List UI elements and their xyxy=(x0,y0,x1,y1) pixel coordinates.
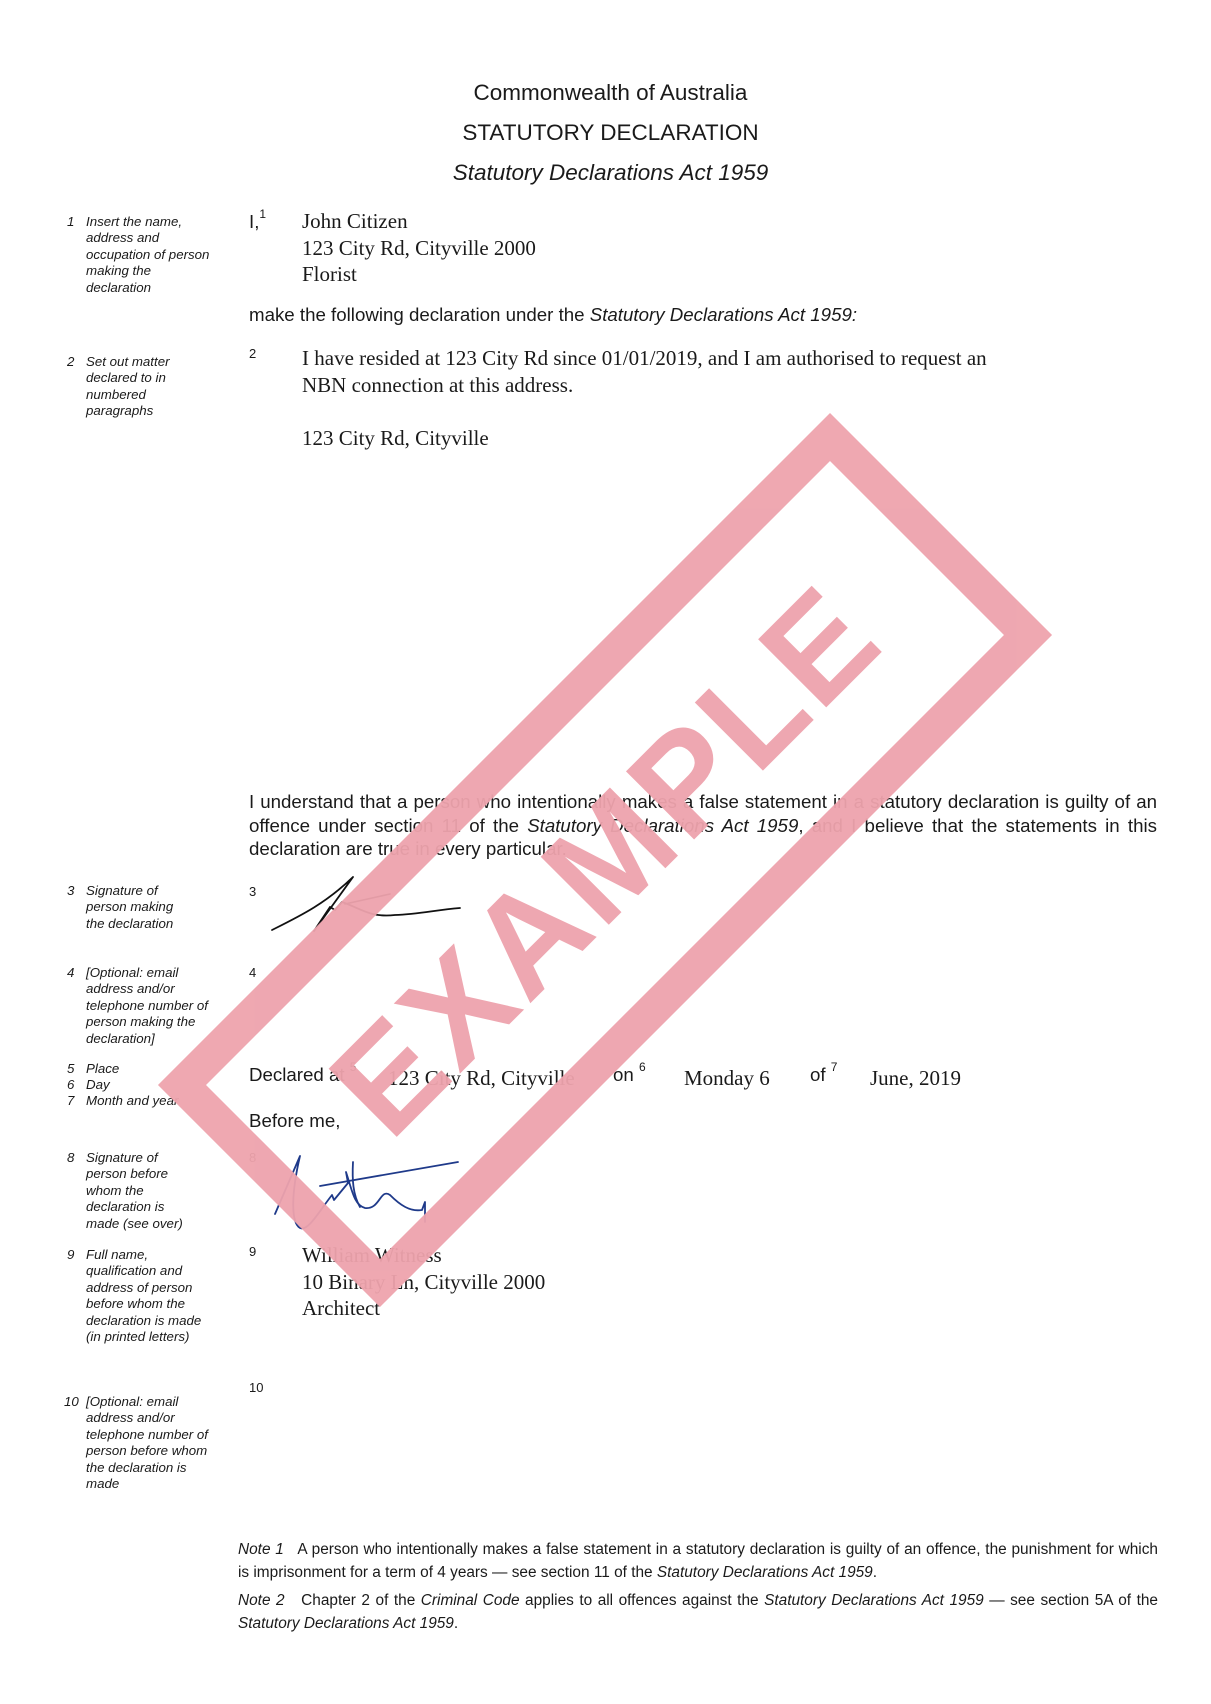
margin-note-6: Day xyxy=(86,1077,211,1093)
witness-contact-footnote: 10 xyxy=(249,1380,263,1395)
margin-note-5-number: 5 xyxy=(67,1061,74,1076)
margin-note-4-number: 4 xyxy=(67,965,74,980)
declared-address: 123 City Rd, Cityville xyxy=(302,425,489,452)
witness-details: William Witness 10 Binary Ln, Cityville … xyxy=(302,1242,545,1322)
paragraph-footnote: 2 xyxy=(249,346,256,361)
contact-footnote: 4 xyxy=(249,965,256,980)
declared-matter: I have resided at 123 City Rd since 01/0… xyxy=(302,345,987,398)
margin-note-2: Set out matter declared to in numbered p… xyxy=(86,354,196,420)
note-1: Note 1 A person who intentionally makes … xyxy=(238,1538,1158,1584)
act-title: Statutory Declarations Act 1959 xyxy=(0,160,1211,186)
margin-note-9-number: 9 xyxy=(67,1247,74,1262)
margin-note-3: Signature of person making the declarati… xyxy=(86,883,186,932)
declarant-signature xyxy=(270,874,470,944)
witness-qualification: Architect xyxy=(302,1295,545,1322)
margin-note-6-number: 6 xyxy=(67,1077,74,1092)
margin-note-4: [Optional: email address and/or telephon… xyxy=(86,965,211,1047)
margin-note-8-number: 8 xyxy=(67,1150,74,1165)
witness-signature xyxy=(270,1150,470,1235)
document-title: STATUTORY DECLARATION xyxy=(0,120,1211,146)
witness-name: William Witness xyxy=(302,1242,545,1269)
declarant-address: 123 City Rd, Cityville 2000 xyxy=(302,235,536,262)
margin-note-1: Insert the name, address and occupation … xyxy=(86,214,211,296)
declarant-name: John Citizen xyxy=(302,208,536,235)
witness-name-footnote: 9 xyxy=(249,1244,256,1259)
declared-place: 123 City Rd, Cityville xyxy=(388,1065,575,1092)
declarant-intro: I,1 xyxy=(249,211,266,233)
margin-note-10: [Optional: email address and/or telephon… xyxy=(86,1394,211,1492)
declared-month-year: June, 2019 xyxy=(870,1065,961,1092)
witness-signature-footnote: 8 xyxy=(249,1150,256,1165)
header-line1: Commonwealth of Australia xyxy=(0,80,1211,106)
margin-note-10-number: 10 xyxy=(64,1394,79,1409)
margin-note-3-number: 3 xyxy=(67,883,74,898)
signature-footnote: 3 xyxy=(249,884,256,899)
margin-note-2-number: 2 xyxy=(67,354,74,369)
declarant-details: John Citizen 123 City Rd, Cityville 2000… xyxy=(302,208,536,288)
of-label: of 7 xyxy=(810,1064,837,1086)
margin-note-9: Full name, qualification and address of … xyxy=(86,1247,211,1345)
witness-address: 10 Binary Ln, Cityville 2000 xyxy=(302,1269,545,1296)
margin-note-8: Signature of person before whom the decl… xyxy=(86,1150,196,1232)
margin-note-5: Place xyxy=(86,1061,211,1077)
declared-at-label: Declared at 5 xyxy=(249,1064,356,1086)
understanding-statement: I understand that a person who intention… xyxy=(249,790,1157,861)
margin-note-7: Month and year xyxy=(86,1093,211,1109)
declaration-intro: make the following declaration under the… xyxy=(249,304,857,326)
before-me: Before me, xyxy=(249,1110,340,1132)
margin-note-1-number: 1 xyxy=(67,214,74,229)
note-2: Note 2 Chapter 2 of the Criminal Code ap… xyxy=(238,1589,1158,1635)
declared-day: Monday 6 xyxy=(684,1065,770,1092)
on-label: on 6 xyxy=(613,1064,646,1086)
declarant-occupation: Florist xyxy=(302,261,536,288)
margin-note-7-number: 7 xyxy=(67,1093,74,1108)
